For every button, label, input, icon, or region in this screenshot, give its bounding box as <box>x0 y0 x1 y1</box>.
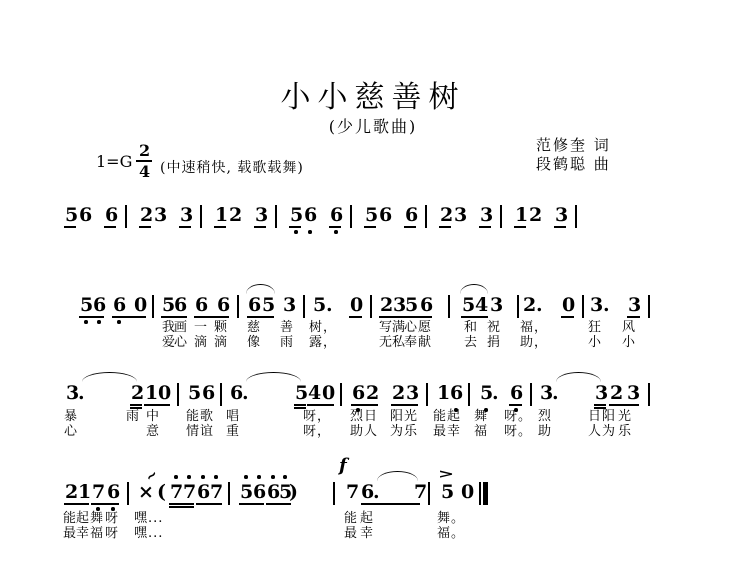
accent-mark: > <box>438 467 454 481</box>
beam-line <box>361 503 420 505</box>
note: 7 <box>92 481 105 503</box>
barline <box>228 482 230 505</box>
note: 2 <box>140 204 153 226</box>
note: 6 <box>107 481 120 503</box>
note: 5 <box>405 294 418 316</box>
beam-line <box>104 226 116 228</box>
note: 6 <box>450 382 463 404</box>
note: . <box>373 481 380 503</box>
barline <box>237 295 239 318</box>
lyric-syllable: 呀 <box>105 526 119 541</box>
note: 0 <box>461 481 474 503</box>
lyric-syllable: 谊 <box>200 424 214 439</box>
high-octave-dot <box>257 475 261 479</box>
lyric-syllable: 能 <box>344 511 358 526</box>
lyric-syllable: 福， <box>520 320 548 335</box>
time-signature-denominator: 4 <box>139 162 150 181</box>
note: 0 <box>322 382 335 404</box>
lyric-syllable: 献 <box>418 335 432 350</box>
note: 2 <box>523 294 536 316</box>
barline <box>468 383 470 406</box>
high-octave-dot <box>283 475 287 479</box>
note: 7 <box>183 481 196 503</box>
beam-line <box>179 226 191 228</box>
note: 2 <box>229 204 242 226</box>
barline <box>448 295 450 318</box>
lyric-syllable: 捐 <box>487 335 501 350</box>
beam-line <box>404 226 416 228</box>
note: ) <box>289 481 298 503</box>
lyric-syllable: 心 <box>64 424 78 439</box>
beam-line <box>514 226 526 228</box>
note: 2 <box>610 382 623 404</box>
lyric-syllable: 人 <box>364 424 378 439</box>
lyric-syllable: 起 <box>447 409 461 424</box>
lyric-syllable: 祝 <box>487 320 501 335</box>
lyric-syllable: 嘿... <box>134 526 163 541</box>
note: . <box>492 382 499 404</box>
lyric-syllable: 像 <box>247 335 261 350</box>
beam-line <box>194 316 229 318</box>
lyricist-credit: 范修奎 词 <box>536 136 611 155</box>
lyric-syllable: 光 <box>618 409 632 424</box>
lyric-syllable: 为 <box>602 424 616 439</box>
note: 0 <box>134 294 147 316</box>
note: 3 <box>283 294 296 316</box>
beam-line <box>289 226 301 228</box>
sheet-music-page: 小小慈善树 (少儿歌曲) 范修奎 词 段鹤聪 曲 1=G 2 4 (中速稍快, … <box>0 0 746 561</box>
barline <box>500 205 502 228</box>
lyric-syllable: 能 <box>186 409 200 424</box>
note: 6 <box>405 204 418 226</box>
note: 6 <box>174 294 187 316</box>
low-octave-dot <box>84 320 88 324</box>
barline <box>220 383 222 406</box>
lyric-syllable: 福 <box>474 424 488 439</box>
low-octave-dot <box>308 230 312 234</box>
barline <box>152 295 154 318</box>
barline <box>517 295 519 318</box>
note: 5 <box>262 294 275 316</box>
note: 3 <box>590 294 603 316</box>
beam-line <box>64 226 76 228</box>
lyric-syllable: 奉 <box>404 335 418 350</box>
note: 6 <box>197 481 210 503</box>
note: 5 <box>365 204 378 226</box>
lyric-syllable: 风 <box>622 320 636 335</box>
lyric-syllable: 情 <box>186 424 200 439</box>
tempo-note: (中速稍快, 载歌载舞) <box>160 157 304 177</box>
note: 7 <box>170 481 183 503</box>
note: 7 <box>346 481 359 503</box>
lyric-syllable: 画 <box>174 320 188 335</box>
lyric-syllable: 去 <box>464 335 478 350</box>
note: 6 <box>195 294 208 316</box>
note: 3 <box>255 204 268 226</box>
slur-arc <box>377 471 418 481</box>
song-title: 小小慈善树 <box>0 72 746 116</box>
lyric-syllable: 暴 <box>64 409 78 424</box>
note: 6 <box>105 204 118 226</box>
lyric-syllable: 和 <box>464 320 478 335</box>
slur-arc <box>82 372 137 382</box>
lyric-syllable: 雨 <box>126 409 140 424</box>
lyric-syllable: 幸 <box>76 526 90 541</box>
note: 1 <box>215 204 228 226</box>
beam-line <box>294 404 306 406</box>
lyric-syllable: 日 <box>588 409 602 424</box>
final-barline-thin <box>479 482 481 505</box>
note: 3 <box>454 204 467 226</box>
barline <box>648 383 650 406</box>
lyric-syllable: 最 <box>433 424 447 439</box>
lyric-syllable: 愿 <box>418 320 432 335</box>
high-octave-dot <box>174 475 178 479</box>
note: 0 <box>350 294 363 316</box>
beam-line <box>169 503 194 505</box>
note: 6 <box>217 294 230 316</box>
high-octave-dot <box>201 475 205 479</box>
note: 2 <box>392 382 405 404</box>
lyric-syllable: 善 <box>280 320 294 335</box>
barline <box>303 295 305 318</box>
lyric-syllable: 呀 <box>105 511 119 526</box>
barline <box>425 205 427 228</box>
note: . <box>242 382 249 404</box>
beam-line <box>144 404 170 406</box>
lyric-syllable: 颗 <box>214 320 228 335</box>
lyric-syllable: 呀。 <box>504 409 532 424</box>
note: 6 <box>420 294 433 316</box>
note: 0 <box>158 382 171 404</box>
note: 3 <box>490 294 503 316</box>
lyric-syllable: 幸 <box>360 526 374 541</box>
lyric-syllable: 助 <box>350 424 364 439</box>
note: 5 <box>441 481 454 503</box>
beam-line <box>561 316 574 318</box>
credits-block: 范修奎 词 段鹤聪 曲 <box>536 136 611 174</box>
barline <box>177 383 179 406</box>
lyric-syllable: 一 <box>194 320 208 335</box>
barline <box>125 205 127 228</box>
barline <box>340 383 342 406</box>
lyric-syllable: 起 <box>76 511 90 526</box>
note: 6 <box>248 294 261 316</box>
lyric-syllable: 舞 <box>90 511 104 526</box>
note: 1 <box>78 481 91 503</box>
beam-line <box>161 316 187 318</box>
note: 3 <box>406 382 419 404</box>
note: 2 <box>366 382 379 404</box>
note: 0 <box>562 294 575 316</box>
lyric-syllable: 写 <box>379 320 393 335</box>
note: 6 <box>379 204 392 226</box>
slur-arc <box>246 284 275 294</box>
lyric-syllable: 歌 <box>200 409 214 424</box>
lyric-syllable: 唱 <box>226 409 240 424</box>
high-octave-dot <box>271 475 275 479</box>
note: 4 <box>308 382 321 404</box>
note: 6 <box>304 204 317 226</box>
note: 2 <box>529 204 542 226</box>
note: 5 <box>240 481 253 503</box>
note: 5 <box>295 382 308 404</box>
lyric-syllable: 树， <box>309 320 337 335</box>
barline <box>582 295 584 318</box>
low-octave-dot <box>334 230 338 234</box>
low-octave-dot <box>111 507 115 511</box>
lyric-syllable: 狂 <box>588 320 602 335</box>
lyric-syllable: 嘿... <box>134 511 163 526</box>
song-subtitle: (少儿歌曲) <box>0 114 746 137</box>
note: 6 <box>330 204 343 226</box>
note: 1 <box>437 382 450 404</box>
barline <box>575 205 577 228</box>
lyric-syllable: 雨 <box>280 335 294 350</box>
lyric-syllable: 呀， <box>303 409 331 424</box>
beam-line <box>266 503 291 505</box>
note: 3 <box>180 204 193 226</box>
lyric-syllable: 中 <box>146 409 160 424</box>
barline <box>333 482 335 505</box>
lyric-syllable: 为 <box>390 424 404 439</box>
low-octave-dot <box>97 320 101 324</box>
time-signature-numerator: 2 <box>139 141 150 160</box>
lyric-syllable: 福。 <box>437 526 465 541</box>
lyric-syllable: 助 <box>538 424 552 439</box>
barline <box>275 205 277 228</box>
note: 6 <box>352 382 365 404</box>
lyric-syllable: 阳 <box>390 409 404 424</box>
note: 5 <box>462 294 475 316</box>
lyric-syllable: 烈 <box>350 409 364 424</box>
lyric-syllable: 呀， <box>303 424 331 439</box>
note: 5 <box>80 294 93 316</box>
beam-line <box>139 226 151 228</box>
beam-line <box>627 316 640 318</box>
barline <box>350 205 352 228</box>
note: ( <box>157 481 166 503</box>
slur-arc <box>460 284 488 294</box>
barline <box>426 383 428 406</box>
key-label: 1=G <box>96 152 132 171</box>
note: 7 <box>210 481 223 503</box>
note: 4 <box>475 294 488 316</box>
lyric-syllable: 乐 <box>404 424 418 439</box>
final-barline-thick <box>483 482 488 505</box>
note: 3 <box>480 204 493 226</box>
beam-line <box>439 226 451 228</box>
barline <box>428 482 430 505</box>
note: 1 <box>515 204 528 226</box>
lyric-syllable: 能 <box>433 409 447 424</box>
barline <box>530 383 532 406</box>
slur-arc <box>246 372 301 382</box>
note: 3 <box>627 382 640 404</box>
lyric-syllable: 舞。 <box>437 511 465 526</box>
note: 6 <box>510 382 523 404</box>
lyric-syllable: 意 <box>146 424 160 439</box>
lyric-syllable: 最 <box>344 526 358 541</box>
beam-line <box>91 503 119 505</box>
lyric-syllable: 舞 <box>474 409 488 424</box>
beam-line <box>64 503 89 505</box>
beam-line <box>307 404 334 406</box>
note: 3 <box>154 204 167 226</box>
beam-line <box>461 316 488 318</box>
forte-dynamic: f <box>339 455 347 476</box>
slur-arc <box>556 372 601 382</box>
lyric-syllable: 能 <box>63 511 77 526</box>
high-octave-dot <box>187 475 191 479</box>
note: 6 <box>93 294 106 316</box>
beam-line <box>169 506 194 508</box>
lyric-syllable: 最 <box>63 526 77 541</box>
beam-line <box>130 404 142 406</box>
beam-line <box>594 404 606 406</box>
note: 2 <box>440 204 453 226</box>
beam-line <box>112 316 146 318</box>
lyric-syllable: 日 <box>364 409 378 424</box>
low-octave-dot <box>117 320 121 324</box>
composer-credit: 段鹤聪 曲 <box>536 155 611 174</box>
beam-line <box>254 226 266 228</box>
lyric-syllable: 幸 <box>447 424 461 439</box>
beam-line <box>609 404 639 406</box>
beam-line <box>554 226 566 228</box>
note: . <box>603 294 610 316</box>
lyric-syllable: 烈 <box>538 409 552 424</box>
lyric-syllable: 福 <box>90 526 104 541</box>
beam-line <box>79 316 104 318</box>
lyric-syllable: 乐 <box>618 424 632 439</box>
beam-line <box>509 404 522 406</box>
beam-line <box>351 404 378 406</box>
lyric-syllable: 光 <box>404 409 418 424</box>
beam-line <box>364 226 376 228</box>
note: . <box>326 294 333 316</box>
barline <box>200 205 202 228</box>
lyric-syllable: 心 <box>174 335 188 350</box>
note: . <box>552 382 559 404</box>
high-octave-dot <box>244 475 248 479</box>
note: 6 <box>202 382 215 404</box>
note: 6 <box>113 294 126 316</box>
high-octave-dot <box>214 475 218 479</box>
note: 5 <box>65 204 78 226</box>
note: 5 <box>290 204 303 226</box>
beam-line <box>391 404 418 406</box>
beam-line <box>349 316 362 318</box>
barline <box>127 482 129 505</box>
note: 3 <box>555 204 568 226</box>
note: 3 <box>595 382 608 404</box>
lyric-syllable: 起 <box>360 511 374 526</box>
lyric-syllable: 滴 <box>214 335 228 350</box>
note: 2 <box>380 294 393 316</box>
lyric-syllable: 阳 <box>602 409 616 424</box>
low-octave-dot <box>96 507 100 511</box>
note: 2 <box>65 481 78 503</box>
lyric-syllable: 小 <box>588 335 602 350</box>
note: 1 <box>145 382 158 404</box>
lyric-syllable: 助， <box>520 335 548 350</box>
beam-line <box>239 503 264 505</box>
note: 3 <box>628 294 641 316</box>
lyric-syllable: 重 <box>226 424 240 439</box>
lyric-syllable: 滴 <box>194 335 208 350</box>
barline <box>370 295 372 318</box>
note: . <box>536 294 543 316</box>
note: 5 <box>313 294 326 316</box>
lyric-syllable: 小 <box>622 335 636 350</box>
lyric-syllable: 心 <box>404 320 418 335</box>
low-octave-dot <box>294 230 298 234</box>
beam-line <box>329 226 341 228</box>
note: 2 <box>131 382 144 404</box>
lyric-syllable: 人 <box>588 424 602 439</box>
note: . <box>78 382 85 404</box>
beam-line <box>479 226 491 228</box>
beam-line <box>214 226 226 228</box>
note: 5 <box>188 382 201 404</box>
beam-line <box>196 503 222 505</box>
lyric-syllable: 慈 <box>247 320 261 335</box>
beam-line <box>379 316 404 318</box>
note: 6 <box>79 204 92 226</box>
lyric-syllable: 无 <box>379 335 393 350</box>
lyric-syllable: 呀。 <box>504 424 532 439</box>
note: 6 <box>253 481 266 503</box>
barline <box>648 295 650 318</box>
lyric-syllable: 露， <box>309 335 337 350</box>
note: 7 <box>414 481 427 503</box>
beam-line <box>404 316 432 318</box>
beam-line <box>247 316 274 318</box>
